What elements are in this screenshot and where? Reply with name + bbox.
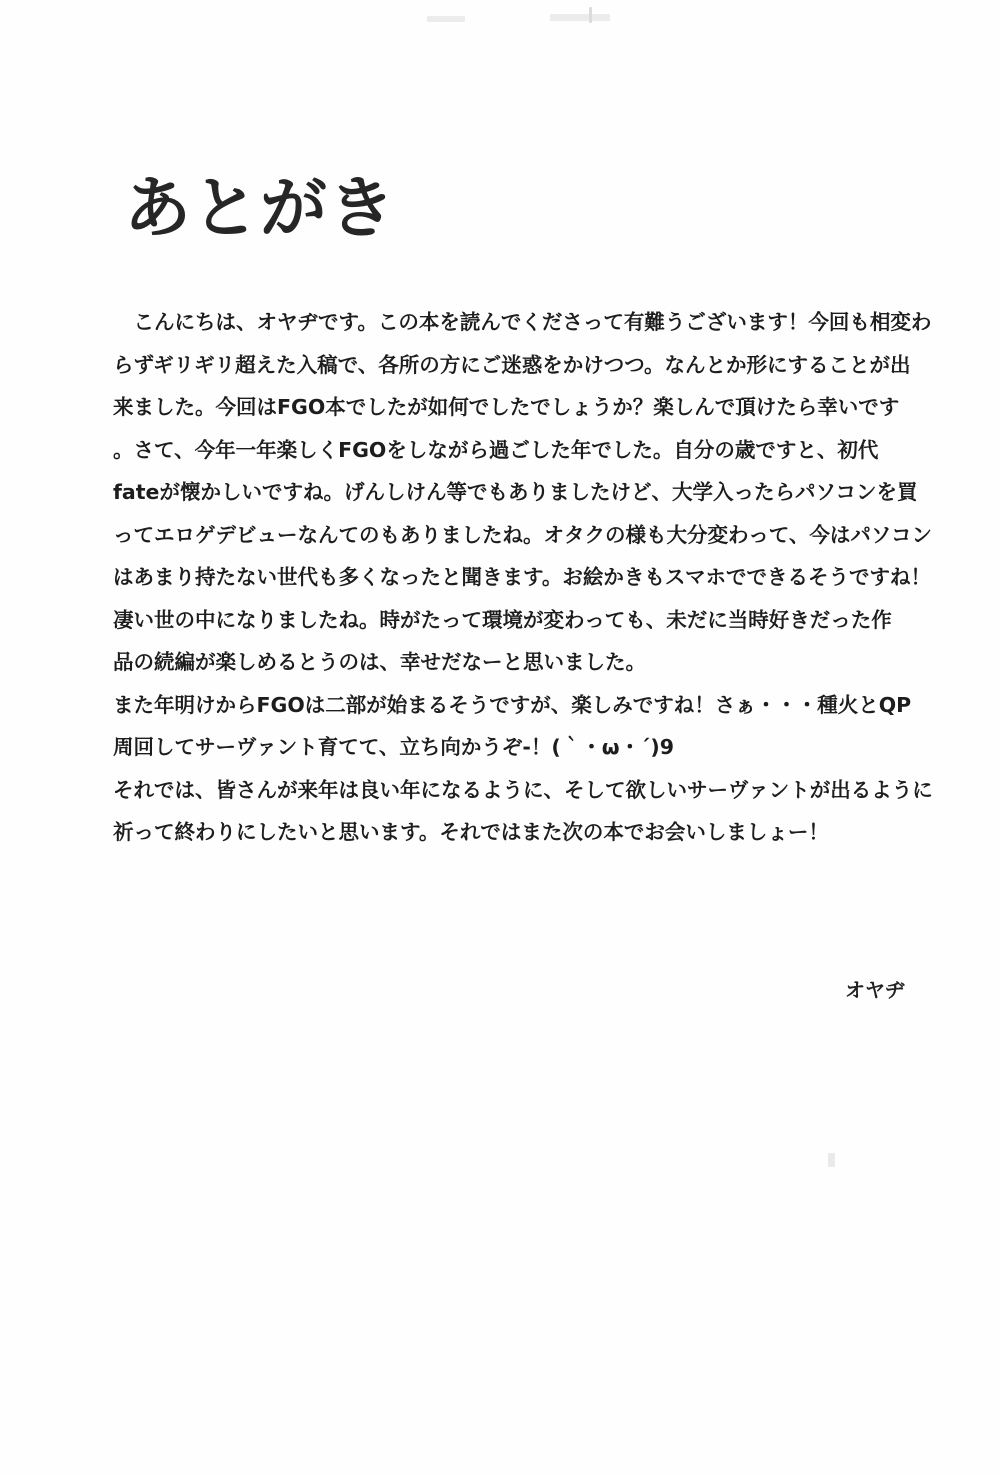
body-line: 祈って終わりにしたいと思います。それではまた次の本でお会いしましょー！ — [113, 811, 958, 854]
body-line: こんにちは、オヤヂです。この本を読んでくださって有難うございます！今回も相変わ — [113, 301, 958, 344]
scan-speck — [589, 7, 592, 23]
body-line: 。さて、今年一年楽しくFGOをしながら過ごした年でした。自分の歳ですと、初代 — [113, 429, 958, 472]
body-line: それでは、皆さんが来年は良い年になるように、そして欲しいサーヴァントが出るように — [113, 769, 958, 812]
body-line: らずギリギリ超えた入稿で、各所の方にご迷惑をかけつつ。なんとか形にすることが出 — [113, 344, 958, 387]
author-signature: オヤヂ — [845, 974, 905, 1003]
scan-speck — [550, 14, 610, 21]
page-title: あとがき — [124, 172, 396, 246]
body-line: また年明けからFGOは二部が始まるそうですが、楽しみですね！さぁ・・・種火とQP — [113, 684, 958, 727]
body-line: fateが懐かしいですね。げんしけん等でもありましたけど、大学入ったらパソコンを… — [113, 471, 958, 514]
scan-speck — [427, 16, 465, 22]
afterword-body: こんにちは、オヤヂです。この本を読んでくださって有難うございます！今回も相変わ … — [113, 301, 958, 854]
body-line: 来ました。今回はFGO本でしたが如何でしたでしょうか？楽しんで頂けたら幸いです — [113, 386, 958, 429]
body-line: ってエロゲデビューなんてのもありましたね。オタクの様も大分変わって、今はパソコン — [113, 514, 958, 557]
body-line: 凄い世の中になりましたね。時がたって環境が変わっても、未だに当時好きだった作 — [113, 599, 958, 642]
afterword-page: あとがき こんにちは、オヤヂです。この本を読んでくださって有難うございます！今回… — [0, 0, 1000, 1475]
body-line: 品の続編が楽しめるとうのは、幸せだなーと思いました。 — [113, 641, 958, 684]
scan-speck — [828, 1153, 835, 1167]
body-line: はあまり持たない世代も多くなったと聞きます。お絵かきもスマホでできるそうですね！ — [113, 556, 958, 599]
body-line: 周回してサーヴァント育てて、立ち向かうぞ-！(｀・ω・´)9 — [113, 726, 958, 769]
